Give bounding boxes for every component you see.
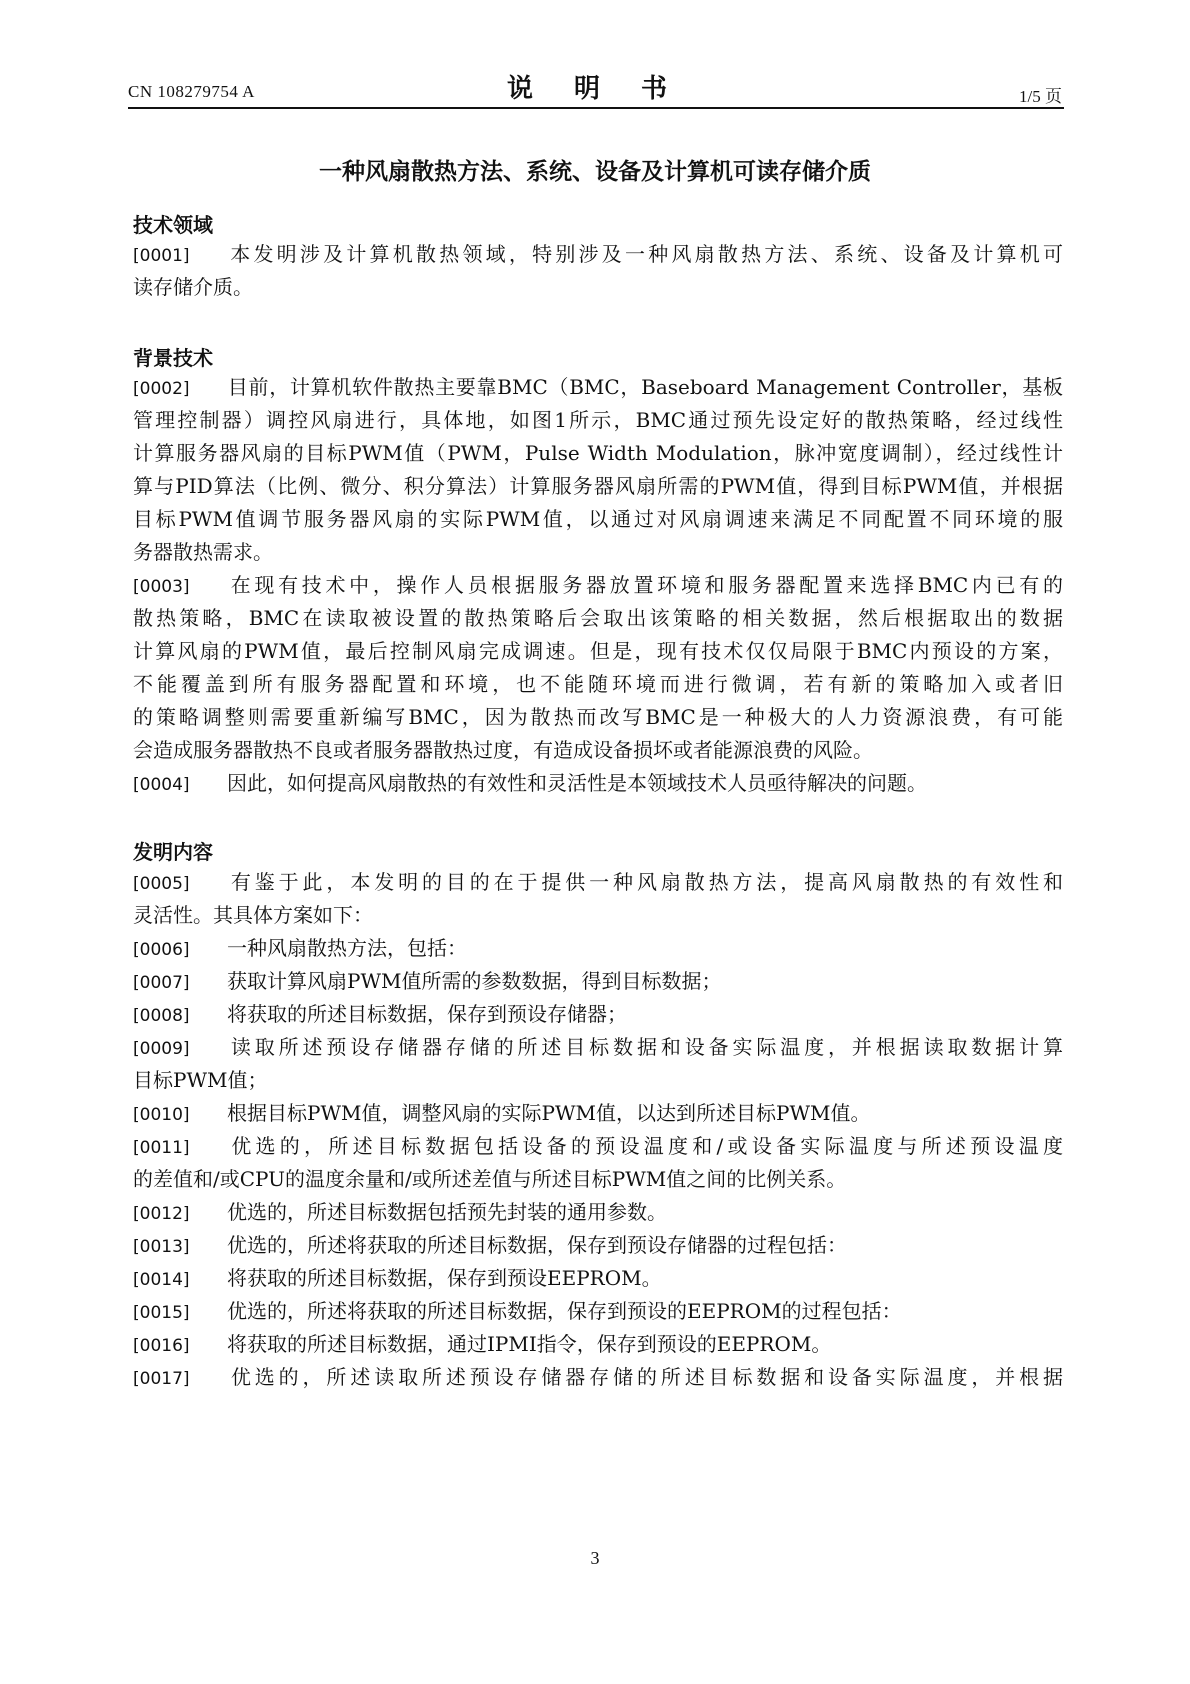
section-heading-tech-field: 技术领域: [133, 209, 213, 238]
paragraph-line: [0001]本发明涉及计算机散热领域，特别涉及一种风扇散热方法、系统、设备及计算…: [133, 238, 1063, 270]
paragraph-line: [0009]读取所述预设存储器存储的所述目标数据和设备实际温度，并根据读取数据计…: [133, 1031, 1063, 1063]
paragraph-number: [0004]: [133, 769, 227, 801]
paragraph-text: 在现有技术中，操作人员根据服务器放置环境和服务器配置来选择BMC内已有的: [227, 573, 1063, 597]
paragraph-line: [0016]将获取的所述目标数据，通过IPMI指令，保存到预设的EEPROM。: [133, 1328, 1063, 1360]
paragraph-text: 一种风扇散热方法，包括：: [227, 936, 467, 960]
paragraph-text: 将获取的所述目标数据，通过IPMI指令，保存到预设的EEPROM。: [227, 1332, 831, 1356]
doc-type-heading: 说 明 书: [0, 68, 1190, 105]
header-divider: [128, 107, 1064, 109]
paragraph-line: 计算服务器风扇的目标PWM值（PWM，Pulse Width Modulatio…: [133, 437, 1063, 469]
paragraph-text: 会造成服务器散热不良或者服务器散热过度，有造成设备损坏或者能源浪费的风险。: [133, 738, 873, 762]
paragraph-line: 目标PWM值；: [133, 1064, 1063, 1096]
paragraph-line: [0015]优选的，所述将获取的所述目标数据，保存到预设的EEPROM的过程包括…: [133, 1295, 1063, 1327]
paragraph-line: [0008]将获取的所述目标数据，保存到预设存储器；: [133, 998, 1063, 1030]
section-heading-summary: 发明内容: [133, 836, 213, 865]
paragraph-line: [0010]根据目标PWM值，调整风扇的实际PWM值，以达到所述目标PWM值。: [133, 1097, 1063, 1129]
paragraph-line: 的差值和/或CPU的温度余量和/或所述差值与所述目标PWM值之间的比例关系。: [133, 1163, 1063, 1195]
paragraph-line: [0003]在现有技术中，操作人员根据服务器放置环境和服务器配置来选择BMC内已…: [133, 569, 1063, 601]
paragraph-number: [0003]: [133, 571, 227, 603]
paragraph-number: [0009]: [133, 1033, 227, 1065]
paragraph-line: [0004]因此，如何提高风扇散热的有效性和灵活性是本领域技术人员亟待解决的问题…: [133, 767, 1063, 799]
paragraph-number: [0013]: [133, 1231, 227, 1263]
page-number: 3: [0, 1548, 1190, 1569]
paragraph-text: 优选的，所述将获取的所述目标数据，保存到预设的EEPROM的过程包括：: [227, 1299, 902, 1323]
paragraph-number: [0014]: [133, 1264, 227, 1296]
paragraph-text: 散热策略，BMC在读取被设置的散热策略后会取出该策略的相关数据，然后根据取出的数…: [133, 606, 1063, 630]
paragraph-line: 目标PWM值调节服务器风扇的实际PWM值，以通过对风扇调速来满足不同配置不同环境…: [133, 503, 1063, 535]
paragraph-text: 根据目标PWM值，调整风扇的实际PWM值，以达到所述目标PWM值。: [227, 1101, 870, 1125]
paragraph-text: 将获取的所述目标数据，保存到预设存储器；: [227, 1002, 627, 1026]
paragraph-text: 的策略调整则需要重新编写BMC，因为散热而改写BMC是一种极大的人力资源浪费，有…: [133, 705, 1063, 729]
paragraph-text: 目标PWM值；: [133, 1068, 268, 1092]
paragraph-text: 获取计算风扇PWM值所需的参数数据，得到目标数据；: [227, 969, 722, 993]
paragraph-number: [0006]: [133, 934, 227, 966]
paragraph-text: 计算风扇的PWM值，最后控制风扇完成调速。但是，现有技术仅仅局限于BMC内预设的…: [133, 639, 1063, 663]
paragraph-text: 不能覆盖到所有服务器配置和环境，也不能随环境而进行微调，若有新的策略加入或者旧: [133, 672, 1063, 696]
paragraph-line: 散热策略，BMC在读取被设置的散热策略后会取出该策略的相关数据，然后根据取出的数…: [133, 602, 1063, 634]
paragraph-text: 将获取的所述目标数据，保存到预设EEPROM。: [227, 1266, 662, 1290]
paragraph-text: 优选的，所述将获取的所述目标数据，保存到预设存储器的过程包括：: [227, 1233, 847, 1257]
paragraph-text: 目标PWM值调节服务器风扇的实际PWM值，以通过对风扇调速来满足不同配置不同环境…: [133, 507, 1063, 531]
paragraph-line: [0007]获取计算风扇PWM值所需的参数数据，得到目标数据；: [133, 965, 1063, 997]
paragraph-number: [0002]: [133, 373, 227, 405]
paragraph-text: 算与PID算法（比例、微分、积分算法）计算服务器风扇所需的PWM值，得到目标PW…: [133, 474, 1063, 498]
paragraph-text: 的差值和/或CPU的温度余量和/或所述差值与所述目标PWM值之间的比例关系。: [133, 1167, 846, 1191]
paragraph-text: 读取所述预设存储器存储的所述目标数据和设备实际温度，并根据读取数据计算: [227, 1035, 1063, 1059]
page-indicator: 1/5 页: [1019, 82, 1062, 107]
paragraph-line: 务器散热需求。: [133, 536, 1063, 568]
paragraph-text: 优选的，所述目标数据包括预先封装的通用参数。: [227, 1200, 667, 1224]
paragraph-line: 灵活性。其具体方案如下：: [133, 899, 1063, 931]
paragraph-line: 算与PID算法（比例、微分、积分算法）计算服务器风扇所需的PWM值，得到目标PW…: [133, 470, 1063, 502]
paragraph-line: [0006]一种风扇散热方法，包括：: [133, 932, 1063, 964]
paragraph-number: [0015]: [133, 1297, 227, 1329]
paragraph-line: [0013]优选的，所述将获取的所述目标数据，保存到预设存储器的过程包括：: [133, 1229, 1063, 1261]
paragraph-number: [0011]: [133, 1132, 227, 1164]
paragraph-line: 不能覆盖到所有服务器配置和环境，也不能随环境而进行微调，若有新的策略加入或者旧: [133, 668, 1063, 700]
paragraph-text: 读存储介质。: [133, 275, 253, 299]
paragraph-line: 的策略调整则需要重新编写BMC，因为散热而改写BMC是一种极大的人力资源浪费，有…: [133, 701, 1063, 733]
paragraph-number: [0001]: [133, 240, 227, 272]
paragraph-text: 因此，如何提高风扇散热的有效性和灵活性是本领域技术人员亟待解决的问题。: [227, 771, 927, 795]
paragraph-number: [0017]: [133, 1363, 227, 1395]
paragraph-line: [0014]将获取的所述目标数据，保存到预设EEPROM。: [133, 1262, 1063, 1294]
paragraph-text: 计算服务器风扇的目标PWM值（PWM，Pulse Width Modulatio…: [133, 441, 1063, 465]
paragraph-line: [0012]优选的，所述目标数据包括预先封装的通用参数。: [133, 1196, 1063, 1228]
paragraph-line: [0011]优选的，所述目标数据包括设备的预设温度和/或设备实际温度与所述预设温…: [133, 1130, 1063, 1162]
paragraph-line: 读存储介质。: [133, 271, 1063, 303]
paragraph-line: 计算风扇的PWM值，最后控制风扇完成调速。但是，现有技术仅仅局限于BMC内预设的…: [133, 635, 1063, 667]
paragraph-number: [0005]: [133, 868, 227, 900]
paragraph-text: 目前，计算机软件散热主要靠BMC（BMC，Baseboard Managemen…: [227, 375, 1063, 399]
paragraph-text: 有鉴于此，本发明的目的在于提供一种风扇散热方法，提高风扇散热的有效性和: [227, 870, 1063, 894]
paragraph-text: 灵活性。其具体方案如下：: [133, 903, 373, 927]
document-title: 一种风扇散热方法、系统、设备及计算机可读存储介质: [0, 153, 1190, 186]
paragraph-line: 管理控制器）调控风扇进行，具体地，如图1所示，BMC通过预先设定好的散热策略，经…: [133, 404, 1063, 436]
paragraph-number: [0007]: [133, 967, 227, 999]
section-heading-background: 背景技术: [133, 342, 213, 371]
paragraph-text: 管理控制器）调控风扇进行，具体地，如图1所示，BMC通过预先设定好的散热策略，经…: [133, 408, 1063, 432]
paragraph-line: [0005]有鉴于此，本发明的目的在于提供一种风扇散热方法，提高风扇散热的有效性…: [133, 866, 1063, 898]
paragraph-line: 会造成服务器散热不良或者服务器散热过度，有造成设备损坏或者能源浪费的风险。: [133, 734, 1063, 766]
paragraph-line: [0002]目前，计算机软件散热主要靠BMC（BMC，Baseboard Man…: [133, 371, 1063, 403]
paragraph-text: 优选的，所述目标数据包括设备的预设温度和/或设备实际温度与所述预设温度: [227, 1134, 1063, 1158]
paragraph-number: [0010]: [133, 1099, 227, 1131]
paragraph-text: 优选的，所述读取所述预设存储器存储的所述目标数据和设备实际温度，并根据: [227, 1365, 1063, 1389]
paragraph-text: 务器散热需求。: [133, 540, 273, 564]
paragraph-text: 本发明涉及计算机散热领域，特别涉及一种风扇散热方法、系统、设备及计算机可: [227, 242, 1063, 266]
paragraph-number: [0008]: [133, 1000, 227, 1032]
paragraph-line: [0017]优选的，所述读取所述预设存储器存储的所述目标数据和设备实际温度，并根…: [133, 1361, 1063, 1393]
paragraph-number: [0016]: [133, 1330, 227, 1362]
paragraph-number: [0012]: [133, 1198, 227, 1230]
